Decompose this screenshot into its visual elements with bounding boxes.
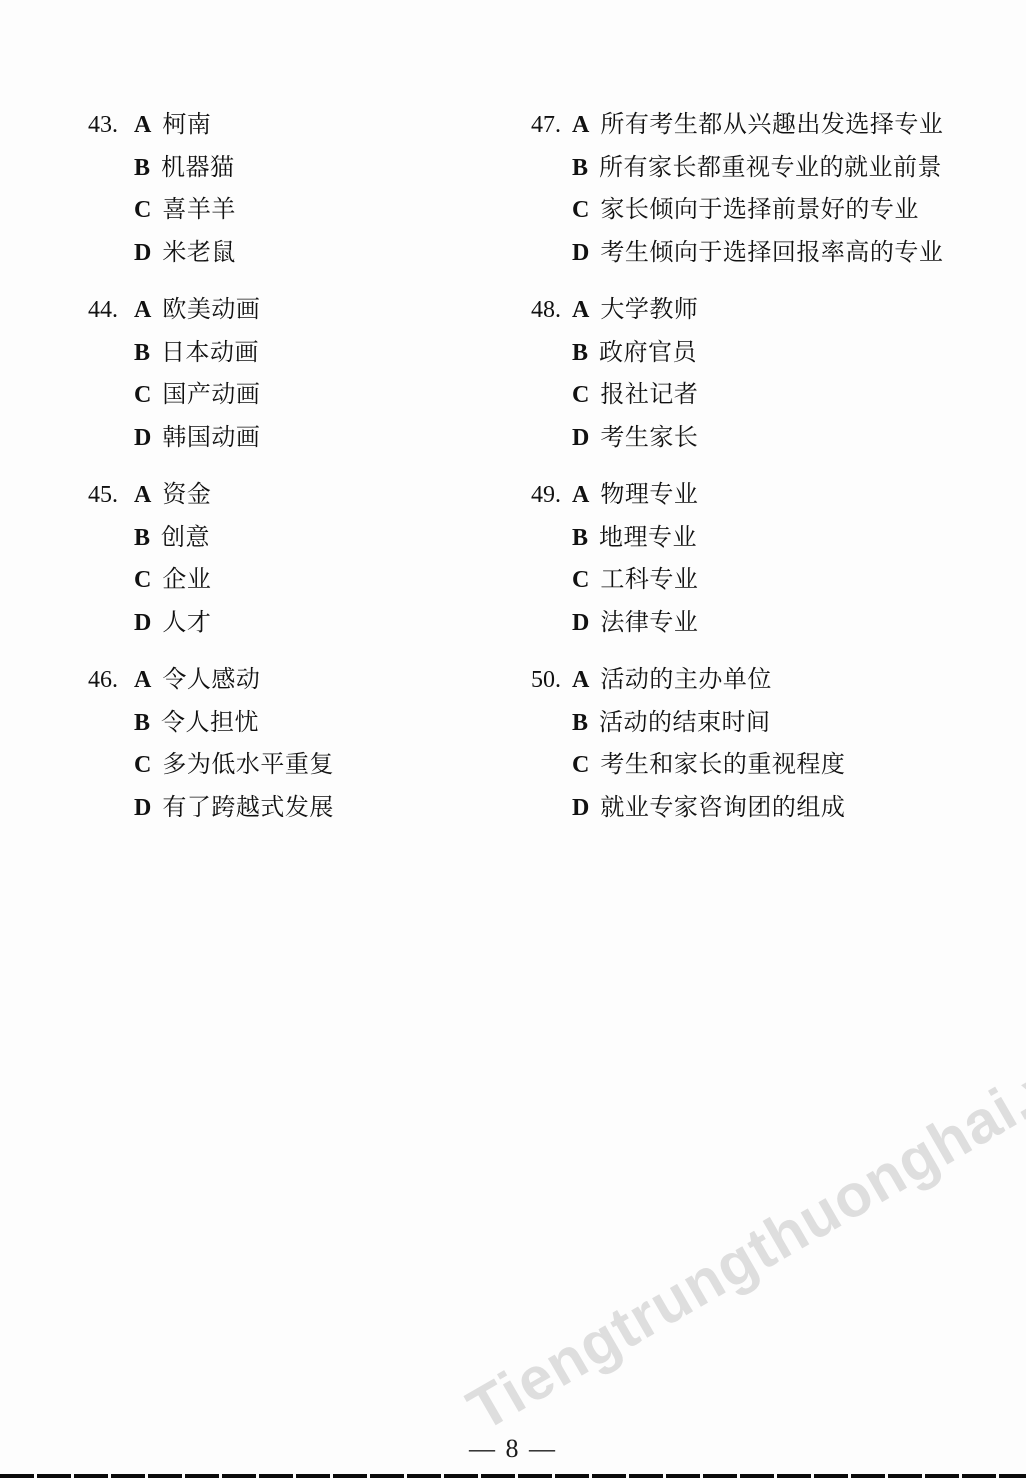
- site-watermark: Tiengtrungthuonghai.vn: [455, 1027, 1026, 1447]
- option-letter: B: [134, 710, 150, 736]
- answer-option: D考生家长: [531, 417, 943, 460]
- answer-option: 44.A欧美动画: [88, 289, 334, 332]
- option-text: 有了跨越式发展: [162, 795, 334, 821]
- option-letter: A: [134, 297, 151, 323]
- option-letter: A: [572, 482, 589, 508]
- option-letter: B: [134, 340, 150, 366]
- answer-option: C多为低水平重复: [88, 744, 334, 787]
- answer-option: C家长倾向于选择前景好的专业: [531, 189, 943, 232]
- answer-option: B创意: [88, 517, 334, 560]
- option-letter: C: [134, 752, 151, 778]
- option-letter: D: [572, 425, 589, 451]
- answer-option: B所有家长都重视专业的就业前景: [531, 147, 943, 190]
- option-text: 活动的主办单位: [600, 667, 772, 693]
- question-44: 44.A欧美动画 B日本动画 C国产动画 D韩国动画: [88, 289, 334, 459]
- option-letter: B: [134, 525, 150, 551]
- option-text: 活动的结束时间: [599, 710, 771, 736]
- answer-option: 46.A令人感动: [88, 659, 334, 702]
- question-number: 46.: [88, 659, 118, 702]
- answer-option: D就业专家咨询团的组成: [531, 787, 943, 830]
- option-text: 令人感动: [162, 667, 260, 693]
- question-46: 46.A令人感动 B令人担忧 C多为低水平重复 D有了跨越式发展: [88, 659, 334, 829]
- answer-option: D韩国动画: [88, 417, 334, 460]
- option-letter: C: [572, 567, 589, 593]
- option-letter: D: [134, 240, 151, 266]
- answer-option: D法律专业: [531, 602, 943, 645]
- answer-option: 45.A资金: [88, 474, 334, 517]
- option-text: 欧美动画: [162, 297, 260, 323]
- option-letter: C: [134, 382, 151, 408]
- question-47: 47.A所有考生都从兴趣出发选择专业 B所有家长都重视专业的就业前景 C家长倾向…: [531, 104, 943, 274]
- option-letter: C: [134, 197, 151, 223]
- option-letter: D: [134, 425, 151, 451]
- option-text: 资金: [162, 482, 211, 508]
- option-letter: B: [572, 525, 588, 551]
- option-text: 米老鼠: [162, 240, 236, 266]
- option-text: 考生和家长的重视程度: [600, 752, 845, 778]
- answer-option: 49.A物理专业: [531, 474, 943, 517]
- question-number: 45.: [88, 474, 118, 517]
- option-letter: A: [572, 297, 589, 323]
- option-letter: C: [572, 752, 589, 778]
- page-number: — 8 —: [0, 1434, 1026, 1464]
- option-text: 考生倾向于选择回报率高的专业: [600, 240, 943, 266]
- answer-option: 48.A大学教师: [531, 289, 943, 332]
- option-letter: D: [572, 795, 589, 821]
- question-number: 48.: [531, 289, 561, 332]
- answer-option: D米老鼠: [88, 232, 334, 275]
- questions-column-right: 47.A所有考生都从兴趣出发选择专业 B所有家长都重视专业的就业前景 C家长倾向…: [531, 104, 943, 844]
- option-text: 工科专业: [600, 567, 698, 593]
- questions-column-left: 43.A柯南 B机器猫 C喜羊羊 D米老鼠 44.A欧美动画 B日本动画 C国产…: [88, 104, 334, 844]
- option-text: 企业: [162, 567, 211, 593]
- option-letter: A: [134, 667, 151, 693]
- option-text: 考生家长: [600, 425, 698, 451]
- option-letter: B: [572, 155, 588, 181]
- option-text: 日本动画: [161, 340, 259, 366]
- answer-option: B日本动画: [88, 332, 334, 375]
- question-number: 47.: [531, 104, 561, 147]
- answer-option: 43.A柯南: [88, 104, 334, 147]
- option-text: 机器猫: [161, 155, 235, 181]
- option-letter: C: [572, 382, 589, 408]
- answer-option: C报社记者: [531, 374, 943, 417]
- option-letter: B: [134, 155, 150, 181]
- answer-option: C考生和家长的重视程度: [531, 744, 943, 787]
- option-text: 韩国动画: [162, 425, 260, 451]
- option-text: 人才: [162, 610, 211, 636]
- option-text: 报社记者: [600, 382, 698, 408]
- answer-option: C企业: [88, 559, 334, 602]
- question-number: 43.: [88, 104, 118, 147]
- question-43: 43.A柯南 B机器猫 C喜羊羊 D米老鼠: [88, 104, 334, 274]
- answer-option: D考生倾向于选择回报率高的专业: [531, 232, 943, 275]
- option-text: 所有家长都重视专业的就业前景: [599, 155, 942, 181]
- option-text: 国产动画: [162, 382, 260, 408]
- option-text: 多为低水平重复: [162, 752, 334, 778]
- option-text: 柯南: [162, 112, 211, 138]
- option-text: 地理专业: [599, 525, 697, 551]
- option-text: 法律专业: [600, 610, 698, 636]
- option-text: 物理专业: [600, 482, 698, 508]
- answer-option: D人才: [88, 602, 334, 645]
- option-text: 政府官员: [599, 340, 697, 366]
- answer-option: 50.A活动的主办单位: [531, 659, 943, 702]
- option-text: 喜羊羊: [162, 197, 236, 223]
- option-text: 就业专家咨询团的组成: [600, 795, 845, 821]
- answer-option: B政府官员: [531, 332, 943, 375]
- exam-page: 43.A柯南 B机器猫 C喜羊羊 D米老鼠 44.A欧美动画 B日本动画 C国产…: [0, 0, 1026, 1480]
- option-letter: C: [572, 197, 589, 223]
- option-letter: A: [572, 112, 589, 138]
- question-48: 48.A大学教师 B政府官员 C报社记者 D考生家长: [531, 289, 943, 459]
- option-text: 所有考生都从兴趣出发选择专业: [600, 112, 943, 138]
- option-letter: D: [572, 610, 589, 636]
- option-letter: A: [572, 667, 589, 693]
- question-number: 49.: [531, 474, 561, 517]
- option-letter: D: [572, 240, 589, 266]
- question-number: 50.: [531, 659, 561, 702]
- option-letter: C: [134, 567, 151, 593]
- option-letter: B: [572, 710, 588, 736]
- option-letter: A: [134, 482, 151, 508]
- question-45: 45.A资金 B创意 C企业 D人才: [88, 474, 334, 644]
- answer-option: C工科专业: [531, 559, 943, 602]
- option-letter: D: [134, 610, 151, 636]
- answer-option: B活动的结束时间: [531, 702, 943, 745]
- question-49: 49.A物理专业 B地理专业 C工科专业 D法律专业: [531, 474, 943, 644]
- answer-option: 47.A所有考生都从兴趣出发选择专业: [531, 104, 943, 147]
- answer-option: C国产动画: [88, 374, 334, 417]
- answer-option: C喜羊羊: [88, 189, 334, 232]
- answer-option: D有了跨越式发展: [88, 787, 334, 830]
- option-text: 大学教师: [600, 297, 698, 323]
- question-number: 44.: [88, 289, 118, 332]
- option-text: 创意: [161, 525, 210, 551]
- option-letter: B: [572, 340, 588, 366]
- option-letter: D: [134, 795, 151, 821]
- question-50: 50.A活动的主办单位 B活动的结束时间 C考生和家长的重视程度 D就业专家咨询…: [531, 659, 943, 829]
- option-text: 令人担忧: [161, 710, 259, 736]
- option-text: 家长倾向于选择前景好的专业: [600, 197, 919, 223]
- option-letter: A: [134, 112, 151, 138]
- bottom-edge-scan-line: [0, 1474, 1026, 1478]
- answer-option: B地理专业: [531, 517, 943, 560]
- answer-option: B令人担忧: [88, 702, 334, 745]
- answer-option: B机器猫: [88, 147, 334, 190]
